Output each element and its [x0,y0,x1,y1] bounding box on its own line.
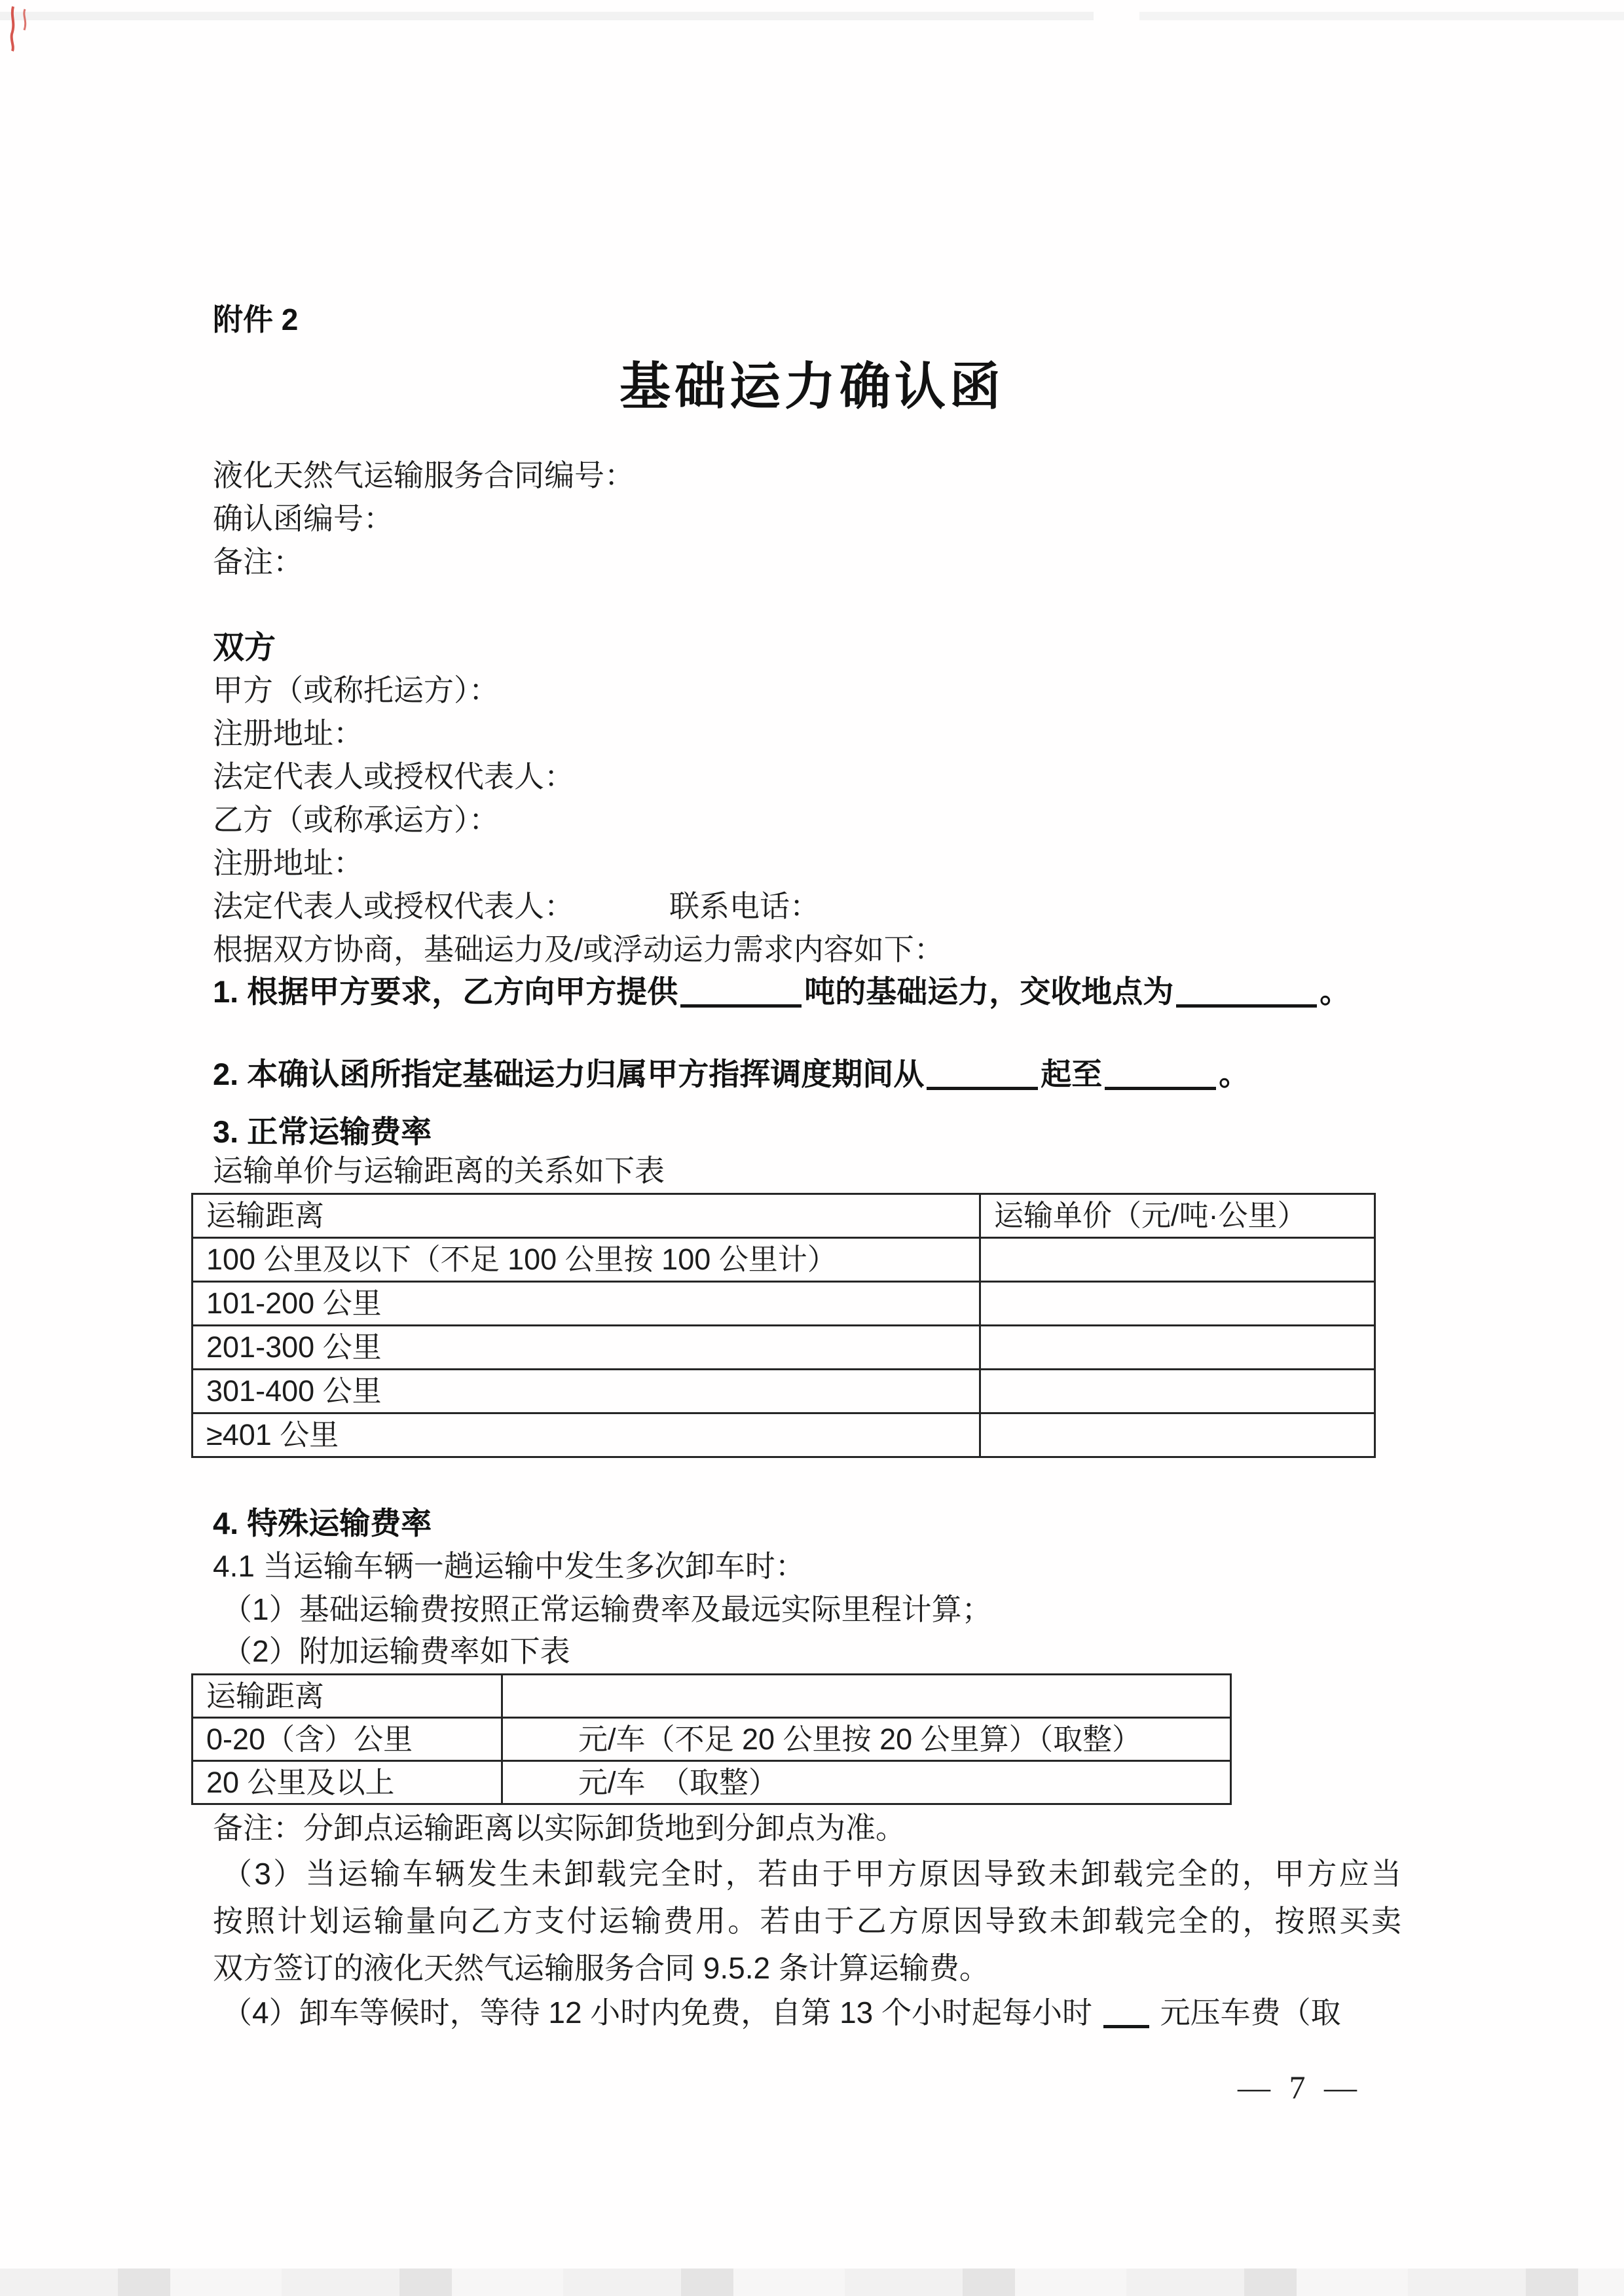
scan-artifact-top-left [0,12,1094,20]
section-3-subheading: 运输单价与运输距离的关系如下表 [213,1154,665,1188]
scan-artifact-top-right [1139,12,1624,20]
party-a-representative-label: 法定代表人或授权代表人： [213,759,574,794]
table-row: 201-300 公里 [193,1326,1375,1370]
clause-4-1-item-1: （1）基础运输费按照正常运输费率及最远实际里程计算； [213,1592,992,1627]
normal-rate-table: 运输距离 运输单价（元/吨·公里） 100 公里及以下（不足 100 公里按 1… [191,1193,1376,1458]
distance-header-cell: 运输距离 [193,1675,502,1718]
clause-4-1-item-3-line-3: 双方签订的液化天然气运输服务合同 9.5.2 条计算运输费。 [213,1951,1401,1986]
distance-header-cell: 运输距离 [193,1194,980,1238]
page-number: — 7 — [1238,2069,1362,2107]
clause-4-1-item-3-line-2: 按照计划运输量向乙方支付运输费用。若由于乙方原因导致未卸载完全的，按照买卖 [213,1904,1401,1939]
item-4-pre: （4）卸车等候时，等待 12 小时内免费，自第 13 个小时起每小时 [222,1995,1092,2030]
document-title: 基础运力确认函 [0,357,1624,416]
unit-price-header-cell: 运输单价（元/吨·公里） [980,1194,1375,1238]
rate-cell: 元/车 （取整） [502,1761,1231,1804]
negotiation-intro: 根据双方协商，基础运力及/或浮动运力需求内容如下： [213,932,944,967]
table-note: 备注：分卸点运输距离以实际卸货地到分卸点为准。 [213,1811,906,1846]
party-b-representative-label: 法定代表人或授权代表人： [213,889,574,923]
clause-1-mid: 吨的基础运力，交收地点为 [804,974,1173,1009]
clause-1-end: 。 [1319,974,1350,1009]
table-row: 101-200 公里 [193,1282,1375,1326]
contract-number-label: 液化天然气运输服务合同编号： [213,458,635,493]
table-header-row: 运输距离 [193,1675,1231,1718]
distance-cell: 101-200 公里 [193,1282,980,1326]
party-b-label: 乙方（或称承运方）： [213,803,499,837]
table-row: 20 公里及以上 元/车 （取整） [193,1761,1231,1804]
unit-price-cell-empty [980,1238,1375,1282]
item-4-post: 元压车费（取 [1160,1995,1341,2030]
party-a-label: 甲方（或称托运方）： [213,673,499,708]
distance-cell: 301-400 公里 [193,1370,980,1413]
section-3-heading: 3. 正常运输费率 [213,1114,432,1150]
clause-4-1-item-3-line-1: （3）当运输车辆发生未卸载完全时，若由于甲方原因导致未卸载完全的，甲方应当 [213,1857,1401,1891]
clause-2-pre: 2. 本确认函所指定基础运力归属甲方指挥调度期间从 [213,1057,924,1091]
remark-label: 备注： [213,545,303,579]
clause-1-tonnage-blank [680,1004,802,1008]
table-row: 100 公里及以下（不足 100 公里按 100 公里计） [193,1238,1375,1282]
clause-1: 1. 根据甲方要求，乙方向甲方提供吨的基础运力，交收地点为。 [213,974,1350,1010]
party-b-address-label: 注册地址： [213,846,363,881]
red-pen-mark [5,3,51,55]
clause-4-1-item-2: （2）附加运输费率如下表 [213,1634,570,1669]
distance-cell: 0-20（含）公里 [193,1718,502,1761]
clause-4-1-item-4: （4）卸车等候时，等待 12 小时内免费，自第 13 个小时起每小时 元压车费（… [213,1995,1341,2030]
clause-2: 2. 本确认函所指定基础运力归属甲方指挥调度期间从起至。 [213,1057,1249,1092]
unit-price-cell-empty [980,1282,1375,1326]
party-b-representative-line: 法定代表人或授权代表人：联系电话： [213,889,820,924]
table-header-row: 运输距离 运输单价（元/吨·公里） [193,1194,1375,1238]
distance-cell: 201-300 公里 [193,1326,980,1370]
item-4-fee-blank [1103,2025,1149,2028]
clause-2-start-date-blank [927,1087,1038,1090]
confirmation-number-label: 确认函编号： [213,501,394,536]
attachment-label: 附件 2 [213,302,298,337]
clause-2-end: 。 [1219,1057,1249,1091]
table-row: 301-400 公里 [193,1370,1375,1413]
party-a-address-label: 注册地址： [213,716,363,751]
unit-price-cell-empty [980,1326,1375,1370]
parties-heading: 双方 [213,630,276,666]
table-row: ≥401 公里 [193,1413,1375,1457]
additional-rate-table: 运输距离 0-20（含）公里 元/车（不足 20 公里按 20 公里算）（取整）… [191,1673,1232,1805]
scan-artifact-bottom-edge [0,2269,1624,2296]
party-b-phone-label: 联系电话： [669,889,820,923]
clause-4-1: 4.1 当运输车辆一趟运输中发生多次卸车时： [213,1549,805,1584]
clause-1-location-blank [1176,1004,1317,1008]
scanned-document-page: 附件 2 基础运力确认函 液化天然气运输服务合同编号： 确认函编号： 备注： 双… [0,0,1624,2296]
distance-cell: ≥401 公里 [193,1413,980,1457]
unit-price-cell-empty [980,1413,1375,1457]
table-row: 0-20（含）公里 元/车（不足 20 公里按 20 公里算）（取整） [193,1718,1231,1761]
unit-price-cell-empty [980,1370,1375,1413]
clause-1-pre: 1. 根据甲方要求，乙方向甲方提供 [213,974,678,1009]
rate-header-cell-empty [502,1675,1231,1718]
distance-cell: 100 公里及以下（不足 100 公里按 100 公里计） [193,1238,980,1282]
rate-cell: 元/车（不足 20 公里按 20 公里算）（取整） [502,1718,1231,1761]
clause-2-mid: 起至 [1041,1057,1102,1091]
clause-2-end-date-blank [1105,1087,1216,1090]
section-4-heading: 4. 特殊运输费率 [213,1506,432,1541]
distance-cell: 20 公里及以上 [193,1761,502,1804]
